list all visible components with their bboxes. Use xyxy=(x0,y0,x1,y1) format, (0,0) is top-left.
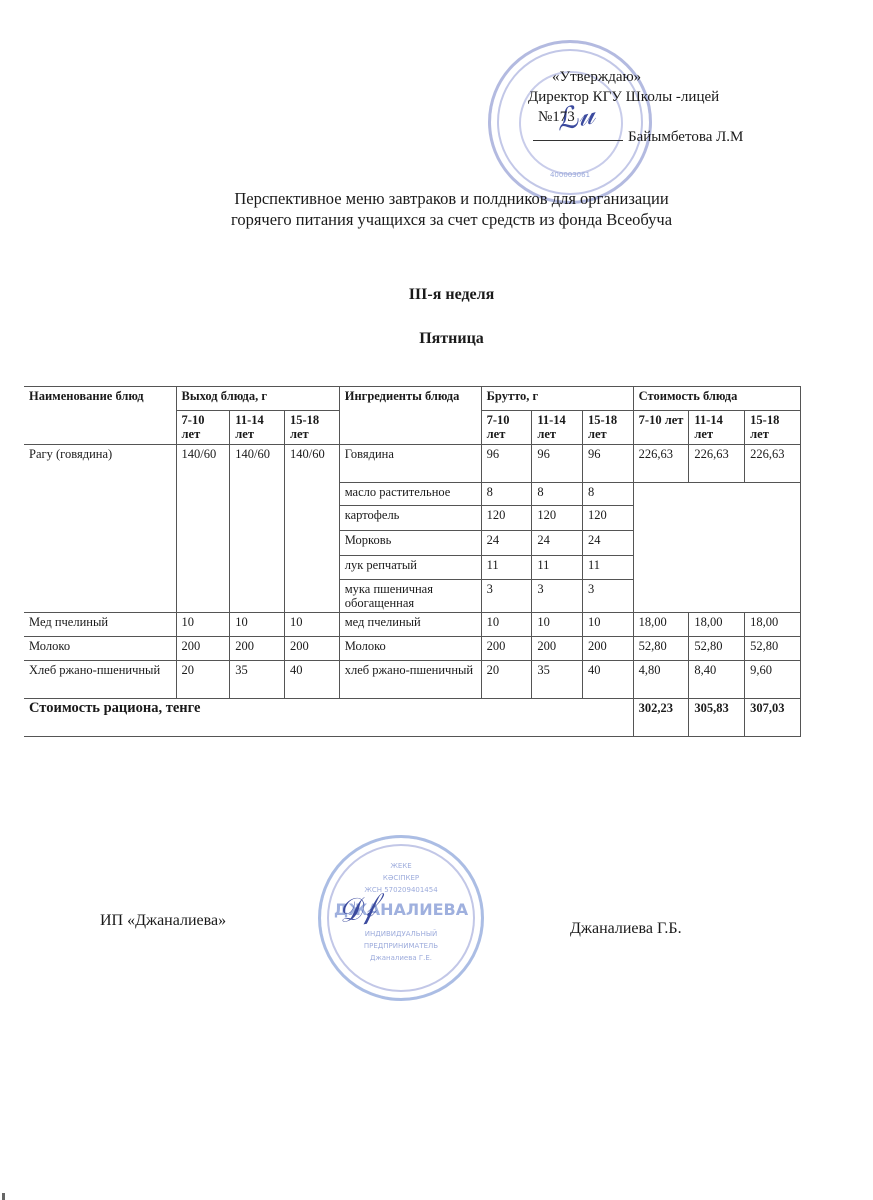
gross-value: 200 xyxy=(481,637,532,661)
gross-value: 200 xyxy=(532,637,583,661)
gross-value: 200 xyxy=(582,637,633,661)
header-age: 11-14 лет xyxy=(230,411,285,445)
ingredient-name: мед пчелиный xyxy=(339,613,481,637)
yield-value: 10 xyxy=(230,613,285,637)
table-row: Рагу (говядина) 140/60 140/60 140/60 Гов… xyxy=(24,445,801,483)
header-age: 7-10 лет xyxy=(481,411,532,445)
gross-value: 24 xyxy=(582,531,633,556)
total-label: Стоимость рациона, тенге xyxy=(24,699,633,737)
cost-value: 18,00 xyxy=(689,613,745,637)
cost-value: 8,40 xyxy=(689,661,745,699)
total-value: 307,03 xyxy=(745,699,801,737)
yield-value: 140/60 xyxy=(176,445,230,613)
header-age: 11-14 лет xyxy=(532,411,583,445)
dish-name: Хлеб ржано-пшеничный xyxy=(24,661,176,699)
yield-value: 10 xyxy=(176,613,230,637)
table-row: Молоко 200 200 200 Молоко 200 200 200 52… xyxy=(24,637,801,661)
menu-table: Наименование блюд Выход блюда, г Ингреди… xyxy=(24,386,801,737)
empty-cost-area xyxy=(633,483,800,613)
gross-value: 96 xyxy=(532,445,583,483)
ingredient-name: картофель xyxy=(339,506,481,531)
yield-value: 200 xyxy=(285,637,340,661)
header-yield: Выход блюда, г xyxy=(176,387,339,411)
footer-company: ИП «Джаналиева» xyxy=(100,912,226,930)
cost-value: 18,00 xyxy=(633,613,689,637)
total-value: 302,23 xyxy=(633,699,689,737)
cost-value: 226,63 xyxy=(633,445,689,483)
gross-value: 11 xyxy=(532,556,583,580)
yield-value: 10 xyxy=(285,613,340,637)
gross-value: 24 xyxy=(481,531,532,556)
header-dish: Наименование блюд xyxy=(24,387,176,445)
gross-value: 3 xyxy=(582,580,633,613)
yield-value: 20 xyxy=(176,661,230,699)
header-age: 7-10 лет xyxy=(176,411,230,445)
total-value: 305,83 xyxy=(689,699,745,737)
yield-value: 140/60 xyxy=(230,445,285,613)
week-heading: III-я неделя xyxy=(0,286,873,304)
gross-value: 120 xyxy=(481,506,532,531)
gross-value: 120 xyxy=(582,506,633,531)
ingredient-name: хлеб ржано-пшеничный xyxy=(339,661,481,699)
gross-value: 8 xyxy=(582,483,633,506)
cost-value: 4,80 xyxy=(633,661,689,699)
yield-value: 200 xyxy=(176,637,230,661)
header-gross: Брутто, г xyxy=(481,387,633,411)
header-cost: Стоимость блюда xyxy=(633,387,800,411)
approval-signatory: Байымбетова Л.М xyxy=(528,127,743,147)
gross-value: 8 xyxy=(532,483,583,506)
gross-value: 3 xyxy=(481,580,532,613)
cost-value: 52,80 xyxy=(745,637,801,661)
approval-block: «Утверждаю» Директор КГУ Школы -лицей №1… xyxy=(528,67,743,147)
gross-value: 120 xyxy=(532,506,583,531)
ingredient-name: Морковь xyxy=(339,531,481,556)
ingredient-name: Молоко xyxy=(339,637,481,661)
gross-value: 35 xyxy=(532,661,583,699)
gross-value: 96 xyxy=(582,445,633,483)
cost-value: 52,80 xyxy=(689,637,745,661)
dish-name: Молоко xyxy=(24,637,176,661)
stamp-number: 400003061 xyxy=(491,171,649,179)
cost-value: 226,63 xyxy=(745,445,801,483)
gross-value: 10 xyxy=(481,613,532,637)
dish-name: Мед пчелиный xyxy=(24,613,176,637)
gross-value: 20 xyxy=(481,661,532,699)
gross-value: 3 xyxy=(532,580,583,613)
cost-value: 226,63 xyxy=(689,445,745,483)
gross-value: 40 xyxy=(582,661,633,699)
total-row: Стоимость рациона, тенге 302,23 305,83 3… xyxy=(24,699,801,737)
header-ingredients: Ингредиенты блюда xyxy=(339,387,481,445)
gross-value: 11 xyxy=(481,556,532,580)
scan-mark xyxy=(2,1193,5,1200)
approval-heading: «Утверждаю» xyxy=(528,67,743,87)
cost-value: 52,80 xyxy=(633,637,689,661)
yield-value: 200 xyxy=(230,637,285,661)
header-age: 15-18 лет xyxy=(285,411,340,445)
yield-value: 35 xyxy=(230,661,285,699)
cost-value: 9,60 xyxy=(745,661,801,699)
gross-value: 10 xyxy=(582,613,633,637)
ingredient-name: Говядина xyxy=(339,445,481,483)
table-row: Мед пчелиный 10 10 10 мед пчелиный 10 10… xyxy=(24,613,801,637)
gross-value: 11 xyxy=(582,556,633,580)
yield-value: 40 xyxy=(285,661,340,699)
gross-value: 24 xyxy=(532,531,583,556)
cost-value: 18,00 xyxy=(745,613,801,637)
header-age: 15-18 лет xyxy=(745,411,801,445)
footer-signatory: Джаналиева Г.Б. xyxy=(570,920,682,938)
header-age: 7-10 лет xyxy=(633,411,689,445)
ingredient-name: мука пшеничная обогащенная xyxy=(339,580,481,613)
yield-value: 140/60 xyxy=(285,445,340,613)
day-heading: Пятница xyxy=(0,330,873,348)
ingredient-name: масло растительное xyxy=(339,483,481,506)
document-title: Перспективное меню завтраков и полдников… xyxy=(0,188,873,230)
dish-name: Рагу (говядина) xyxy=(24,445,176,613)
header-age: 11-14 лет xyxy=(689,411,745,445)
gross-value: 8 xyxy=(481,483,532,506)
ingredient-name: лук репчатый xyxy=(339,556,481,580)
approval-school-number: №173 xyxy=(528,107,743,127)
gross-value: 10 xyxy=(532,613,583,637)
approval-position: Директор КГУ Школы -лицей xyxy=(528,87,743,107)
table-row: Хлеб ржано-пшеничный 20 35 40 хлеб ржано… xyxy=(24,661,801,699)
header-age: 15-18 лет xyxy=(582,411,633,445)
gross-value: 96 xyxy=(481,445,532,483)
